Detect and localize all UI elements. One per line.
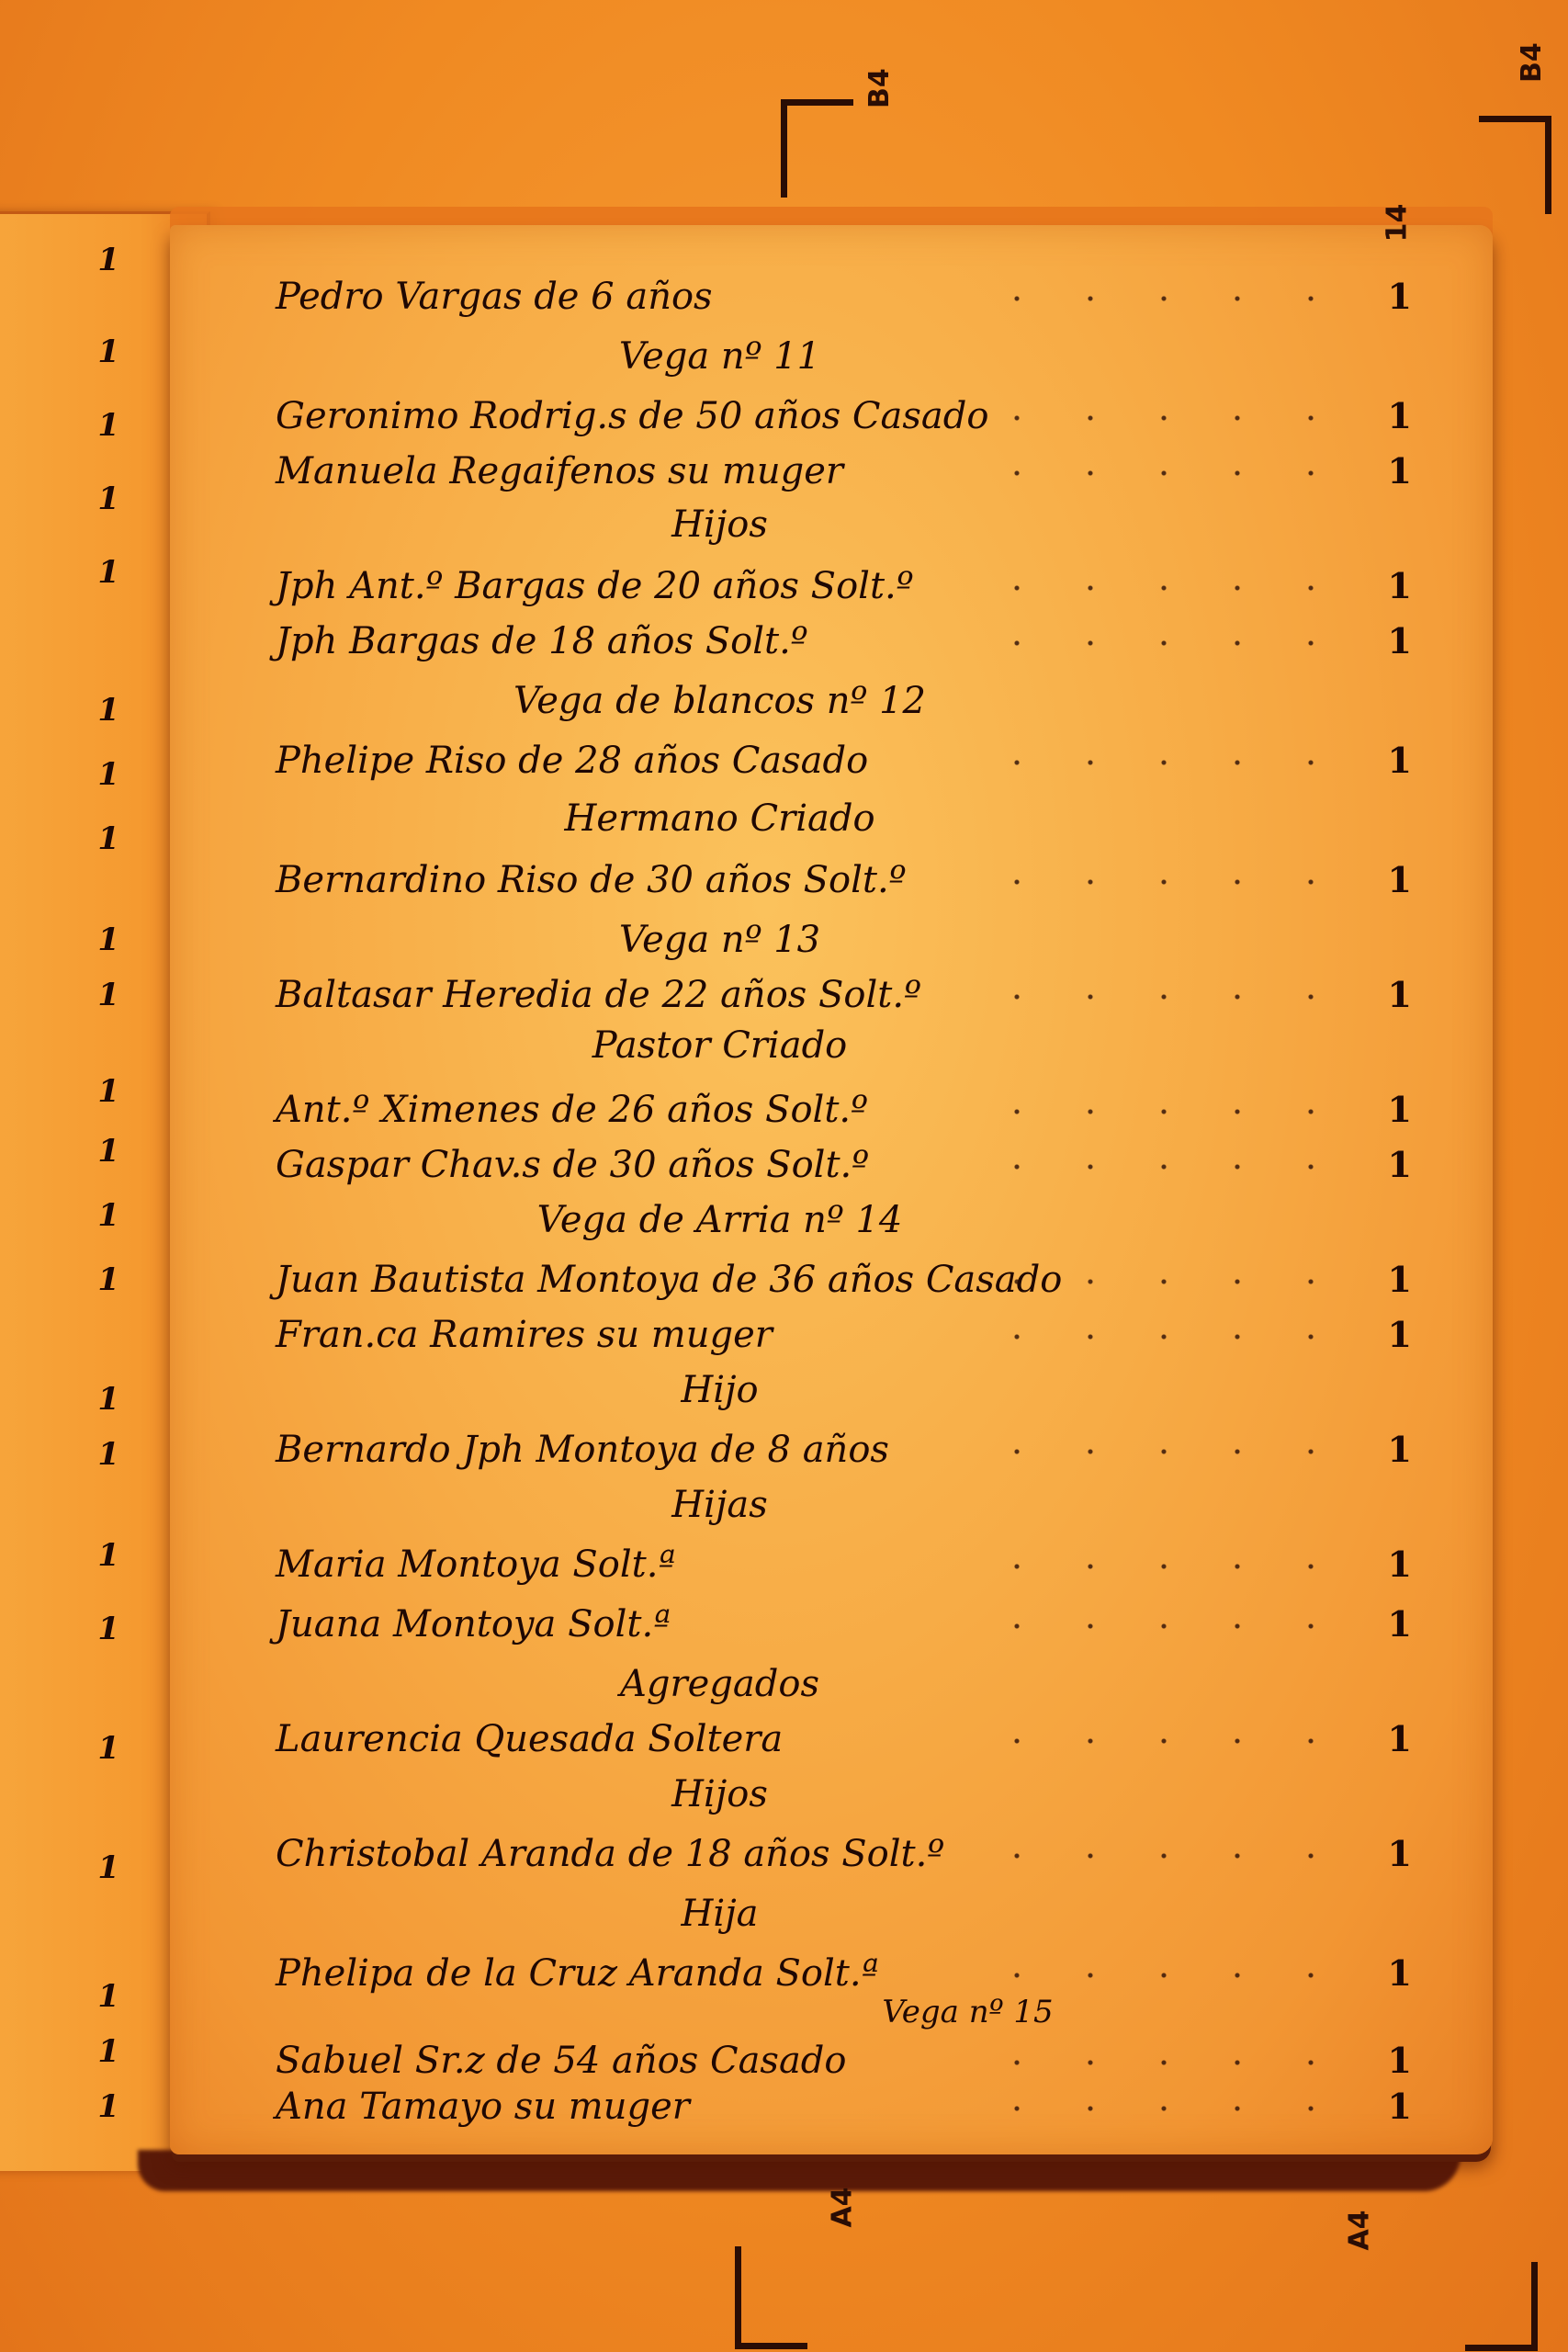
entry-line: Maria Montoya Solt.ª 1 [276, 1543, 1412, 1599]
section-heading: Vega de blancos nº 12 [386, 680, 1054, 735]
page-bottom-shadow [138, 2150, 1461, 2191]
entry-text: Christobal Aranda de 18 años Solt.º [276, 1833, 944, 1875]
leader-dots [980, 415, 1357, 421]
entry-line: Christobal Aranda de 18 años Solt.º 1 [276, 1833, 1412, 1888]
entry-text: Juan Bautista Montoya de 36 años Casado [276, 1259, 1062, 1301]
leader-dots [980, 2106, 1357, 2111]
entry-text: Phelipe Riso de 28 años Casado [276, 740, 868, 782]
left-tally: 1 [97, 1730, 119, 1767]
leader-dots [980, 2060, 1357, 2065]
entry-line: Bernardo Jph Montoya de 8 años 1 [276, 1429, 1412, 1484]
leader-dots [980, 296, 1357, 301]
leader-dots [980, 585, 1357, 591]
entry-text: Jph Ant.º Bargas de 20 años Solt.º [276, 565, 914, 607]
leader-dots [980, 640, 1357, 646]
left-tally: 1 [97, 1197, 119, 1234]
entry-line: Jph Bargas de 18 años Solt.º 1 [276, 620, 1412, 675]
left-tally: 1 [97, 2088, 119, 2125]
section-heading: Hijos [386, 503, 1054, 559]
entry-count: 1 [1388, 1952, 1412, 1994]
entry-count: 1 [1388, 276, 1412, 317]
entry-count: 1 [1388, 1259, 1412, 1300]
entry-line: Ana Tamayo su muger 1 [276, 2086, 1412, 2141]
section-heading: Hijo [386, 1369, 1054, 1424]
leader-dots [980, 879, 1357, 885]
left-tally: 1 [97, 334, 119, 370]
left-tally: 1 [97, 1381, 119, 1418]
entry-text: Fran.ca Ramires su muger [276, 1314, 773, 1356]
leader-dots [980, 470, 1357, 476]
left-tally: 1 [97, 1073, 119, 1110]
entry-line: Phelipe Riso de 28 años Casado 1 [276, 740, 1412, 795]
entry-count: 1 [1388, 1718, 1412, 1759]
crop-mark-bottom-right [1465, 2262, 1538, 2351]
leader-dots [980, 1449, 1357, 1454]
entry-count: 1 [1388, 565, 1412, 606]
section-heading: Vega de Arria nº 14 [386, 1199, 1054, 1254]
leader-dots [980, 1109, 1357, 1114]
left-tally: 1 [97, 2033, 119, 2070]
leader-dots [980, 1623, 1357, 1629]
entry-text: Maria Montoya Solt.ª [276, 1543, 675, 1586]
entry-count: 1 [1388, 2086, 1412, 2127]
left-tally: 1 [97, 1133, 119, 1170]
leader-dots [980, 1564, 1357, 1569]
entry-line: Bernardino Riso de 30 años Solt.º 1 [276, 859, 1412, 914]
left-tally: 1 [97, 692, 119, 729]
entry-text: Bernardo Jph Montoya de 8 años [276, 1429, 889, 1471]
entry-count: 1 [1388, 1314, 1412, 1355]
leader-dots [980, 1334, 1357, 1340]
entry-line: Baltasar Heredia de 22 años Solt.º 1 [276, 974, 1412, 1029]
entry-count: 1 [1388, 395, 1412, 436]
leader-dots [980, 1738, 1357, 1744]
section-heading: Hijos [386, 1773, 1054, 1828]
entry-line: Juan Bautista Montoya de 36 años Casado … [276, 1259, 1412, 1314]
entry-count: 1 [1388, 1833, 1412, 1874]
entry-text: Ana Tamayo su muger [276, 2086, 690, 2128]
entry-text: Bernardino Riso de 30 años Solt.º [276, 859, 907, 901]
entry-text: Gaspar Chav.s de 30 años Solt.º [276, 1144, 869, 1186]
entry-count: 1 [1388, 450, 1412, 492]
left-tally: 1 [97, 407, 119, 444]
section-heading: Hija [386, 1893, 1054, 1948]
left-tally: 1 [97, 1849, 119, 1886]
entry-line: Laurencia Quesada Soltera 1 [276, 1718, 1412, 1773]
left-tally: 1 [97, 554, 119, 591]
entry-count: 1 [1388, 1603, 1412, 1645]
left-tally: 1 [97, 1978, 119, 2015]
entry-line: Pedro Vargas de 6 años 1 [276, 276, 1412, 331]
section-heading: Vega nº 13 [386, 919, 1054, 974]
entry-count: 1 [1388, 1089, 1412, 1130]
left-tally: 1 [97, 242, 119, 278]
entry-line: Manuela Regaifenos su muger 1 [276, 450, 1412, 505]
entry-count: 1 [1388, 620, 1412, 661]
crop-label-bottom-right: A4 [1344, 2210, 1376, 2250]
entry-text: Ant.º Ximenes de 26 años Solt.º [276, 1089, 868, 1131]
microfilm-frame: B4 B4 1 1 1 1 1 1 1 1 1 1 1 1 1 1 1 1 1 … [0, 0, 1568, 2352]
entry-line: Gaspar Chav.s de 30 años Solt.º 1 [276, 1144, 1412, 1199]
entry-text: Phelipa de la Cruz Aranda Solt.ª [276, 1952, 879, 1995]
crop-mark-top-left [781, 99, 853, 198]
left-tally: 1 [97, 1537, 119, 1574]
left-tally: 1 [97, 1611, 119, 1647]
left-tally: 1 [97, 922, 119, 958]
entry-line: Ant.º Ximenes de 26 años Solt.º 1 [276, 1089, 1412, 1144]
entry-text: Geronimo Rodrig.s de 50 años Casado [276, 395, 988, 437]
left-tally: 1 [97, 977, 119, 1013]
entry-text: Baltasar Heredia de 22 años Solt.º [276, 974, 921, 1016]
entry-text: Sabuel Sr.z de 54 años Casado [276, 2040, 846, 2082]
crop-label-top-left: B4 [863, 68, 896, 108]
entry-text: Laurencia Quesada Soltera [276, 1718, 783, 1760]
entry-text: Manuela Regaifenos su muger [276, 450, 843, 492]
section-heading: Hermano Criado [386, 797, 1054, 853]
leader-dots [980, 994, 1357, 1000]
left-tally: 1 [97, 1436, 119, 1473]
entry-count: 1 [1388, 2040, 1412, 2081]
entry-line: Juana Montoya Solt.ª 1 [276, 1603, 1412, 1658]
leader-dots [980, 1853, 1357, 1859]
entry-line: Geronimo Rodrig.s de 50 años Casado 1 [276, 395, 1412, 450]
leader-dots [980, 1973, 1357, 1978]
section-heading: Agregados [386, 1663, 1054, 1718]
section-heading: Hijas [386, 1484, 1054, 1539]
left-tally: 1 [97, 481, 119, 517]
leader-dots [980, 1164, 1357, 1170]
entry-count: 1 [1388, 740, 1412, 781]
section-heading: Pastor Criado [386, 1024, 1054, 1080]
section-heading: Vega nº 11 [386, 335, 1054, 390]
leader-dots [980, 1279, 1357, 1284]
entry-text: Juana Montoya Solt.ª [276, 1603, 671, 1645]
left-tally: 1 [97, 820, 119, 857]
entry-count: 1 [1388, 859, 1412, 900]
left-tally: 1 [97, 756, 119, 793]
entry-line: Jph Ant.º Bargas de 20 años Solt.º 1 [276, 565, 1412, 620]
crop-mark-top-right [1479, 116, 1551, 214]
crop-label-top-right: B4 [1516, 42, 1548, 83]
left-tally: 1 [97, 1261, 119, 1298]
leader-dots [980, 760, 1357, 765]
entry-count: 1 [1388, 974, 1412, 1015]
entry-line: Fran.ca Ramires su muger 1 [276, 1314, 1412, 1369]
crop-mark-bottom-left [735, 2246, 807, 2349]
entry-text: Pedro Vargas de 6 años [276, 276, 713, 318]
entry-count: 1 [1388, 1543, 1412, 1585]
folio-number: 14 [1381, 204, 1413, 243]
crop-label-bottom-left: A4 [827, 2187, 859, 2227]
entry-count: 1 [1388, 1429, 1412, 1470]
entry-text: Jph Bargas de 18 años Solt.º [276, 620, 808, 662]
entry-count: 1 [1388, 1144, 1412, 1185]
